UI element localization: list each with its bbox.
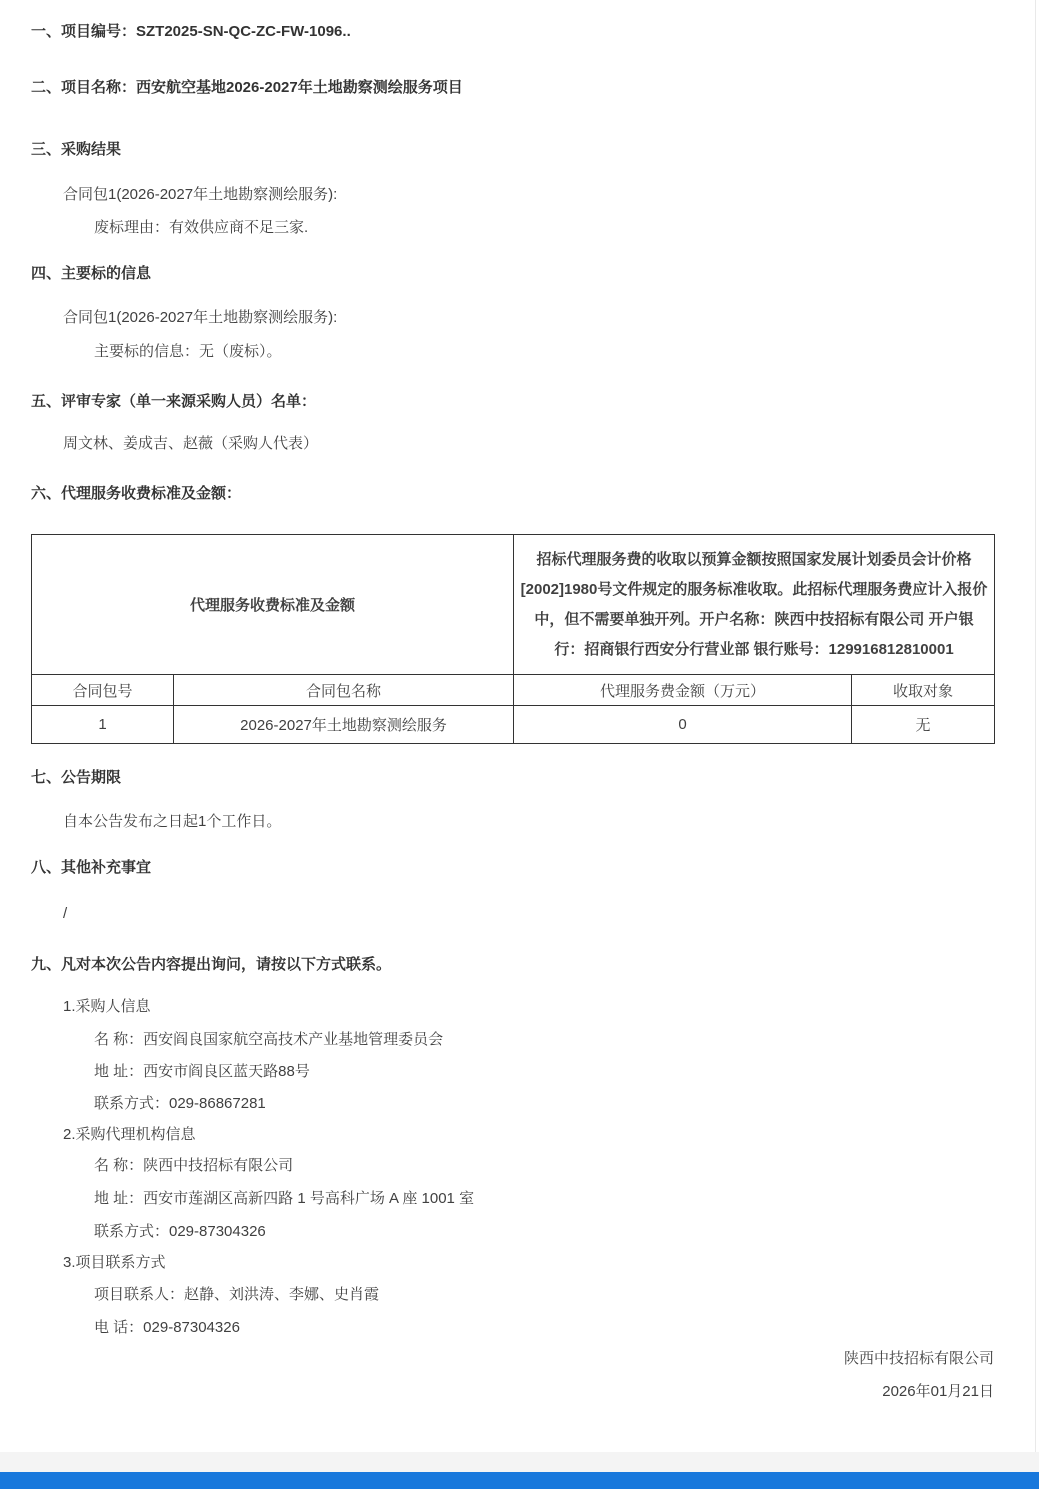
buyer-phone: 联系方式：029-86867281 — [31, 1096, 994, 1112]
section-5-heading: 五、评审专家（单一来源采购人员）名单： — [31, 394, 994, 410]
section-2-heading: 二、项目名称：西安航空基地2026-2027年土地勘察测绘服务项目 — [31, 80, 994, 96]
section-8-supplement-line: / — [31, 906, 994, 922]
footer-blue-band — [0, 1472, 1039, 1489]
cell-fee-amount: 0 — [514, 706, 852, 744]
cell-fee-payer: 无 — [852, 706, 995, 744]
section-3-heading: 三、采购结果 — [31, 142, 994, 158]
header-package-name: 合同包名称 — [174, 675, 514, 706]
signature-block: 陕西中技招标有限公司 2026年01月21日 — [31, 1351, 994, 1400]
header-package-no: 合同包号 — [32, 675, 174, 706]
section-1-heading: 一、项目编号：SZT2025-SN-QC-ZC-FW-1096.. — [31, 24, 994, 40]
agency-fee-table: 代理服务收费标准及金额 招标代理服务费的收取以预算金额按照国家发展计划委员会计价… — [31, 534, 995, 744]
section-3-package-line: 合同包1(2026-2027年土地勘察测绘服务): — [31, 187, 994, 203]
agency-name: 名 称：陕西中技招标有限公司 — [31, 1158, 994, 1174]
buyer-info-title: 1.采购人信息 — [31, 999, 994, 1015]
project-contact-title: 3.项目联系方式 — [31, 1255, 994, 1271]
section-7-heading: 七、公告期限 — [31, 770, 994, 786]
cell-package-no: 1 — [32, 706, 174, 744]
project-contact-phone: 电 话：029-87304326 — [31, 1320, 994, 1336]
agency-phone: 联系方式：029-87304326 — [31, 1224, 994, 1240]
fee-table-data-row: 1 2026-2027年土地勘察测绘服务 0 无 — [32, 706, 995, 744]
project-contact-persons: 项目联系人：赵静、刘洪涛、李娜、史肖霞 — [31, 1287, 994, 1303]
fee-standard-label-cell: 代理服务收费标准及金额 — [32, 535, 514, 675]
cell-package-name: 2026-2027年土地勘察测绘服务 — [174, 706, 514, 744]
section-4-heading: 四、主要标的信息 — [31, 266, 994, 282]
buyer-name: 名 称：西安阎良国家航空高技术产业基地管理委员会 — [31, 1032, 994, 1048]
fee-table-merged-row: 代理服务收费标准及金额 招标代理服务费的收取以预算金额按照国家发展计划委员会计价… — [32, 535, 995, 675]
fee-standard-description-cell: 招标代理服务费的收取以预算金额按照国家发展计划委员会计价格[2002]1980号… — [514, 535, 995, 675]
section-6-heading: 六、代理服务收费标准及金额： — [31, 486, 994, 502]
signature-company: 陕西中技招标有限公司 — [31, 1351, 994, 1367]
fee-table-header-row: 合同包号 合同包名称 代理服务费金额（万元） 收取对象 — [32, 675, 995, 706]
signature-date: 2026年01月21日 — [31, 1384, 994, 1400]
section-3-reject-reason: 废标理由：有效供应商不足三家. — [31, 220, 994, 236]
agency-info-title: 2.采购代理机构信息 — [31, 1127, 994, 1143]
footer-gray-band — [0, 1452, 1039, 1472]
buyer-address: 地 址：西安市阎良区蓝天路88号 — [31, 1064, 994, 1080]
section-9-heading: 九、凡对本次公告内容提出询问，请按以下方式联系。 — [31, 957, 994, 973]
section-8-heading: 八、其他补充事宜 — [31, 860, 994, 876]
agency-address: 地 址：西安市莲湖区高新四路 1 号高科广场 A 座 1001 室 — [31, 1191, 994, 1207]
header-fee-payer: 收取对象 — [852, 675, 995, 706]
section-7-period-line: 自本公告发布之日起1个工作日。 — [31, 814, 994, 830]
header-fee-amount: 代理服务费金额（万元） — [514, 675, 852, 706]
section-5-experts-list: 周文林、姜成吉、赵薇（采购人代表） — [31, 436, 994, 452]
section-4-package-line: 合同包1(2026-2027年土地勘察测绘服务): — [31, 310, 994, 326]
announcement-document: 一、项目编号：SZT2025-SN-QC-ZC-FW-1096.. 二、项目名称… — [0, 0, 1039, 1452]
section-4-subject-info: 主要标的信息：无（废标）。 — [31, 344, 994, 360]
content-right-edge-divider — [1035, 0, 1036, 1452]
